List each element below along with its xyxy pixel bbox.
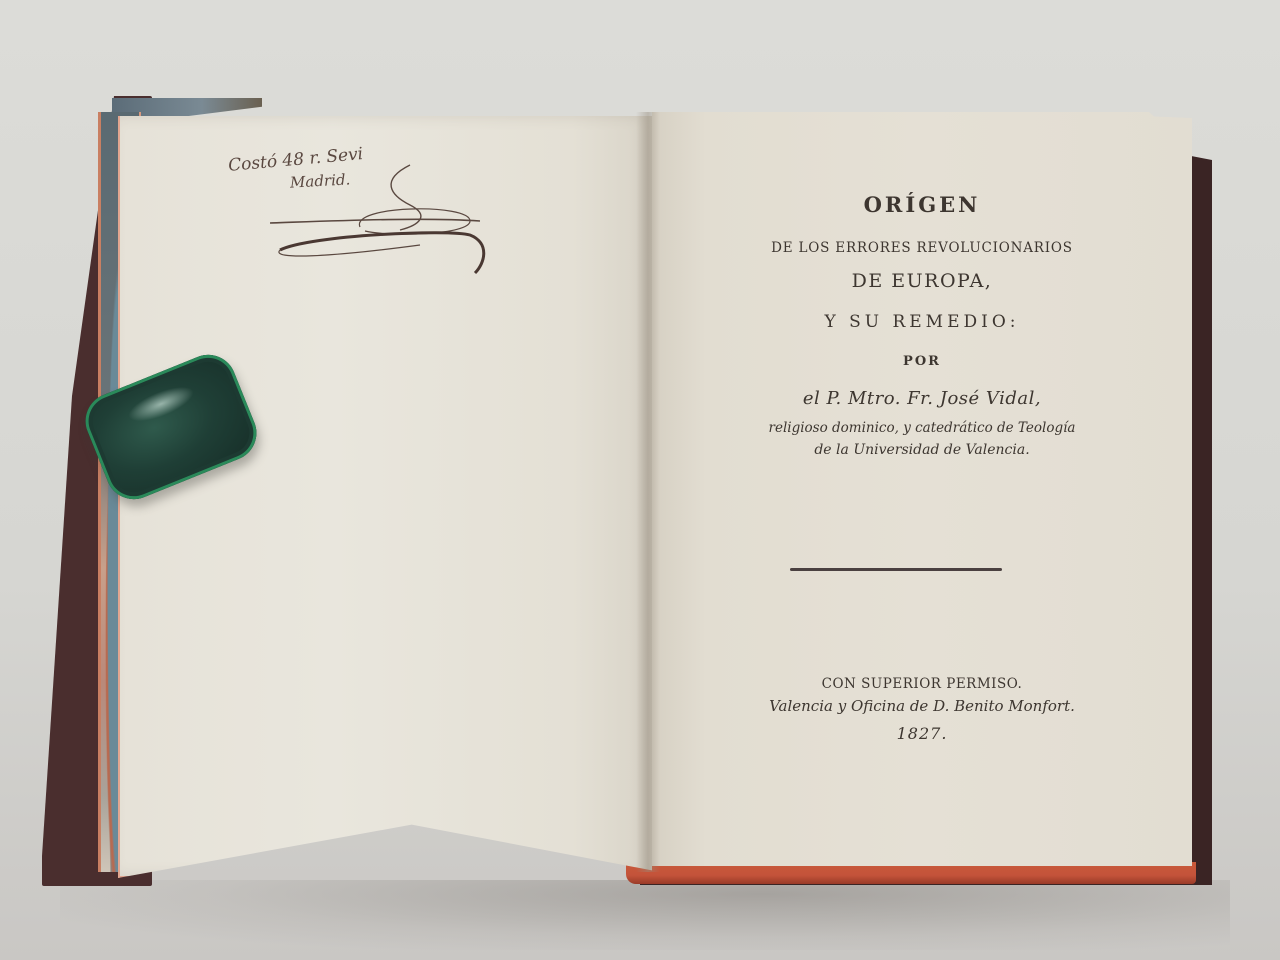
title-page — [652, 112, 1192, 866]
handwritten-inscription-line2: Madrid. — [290, 170, 351, 191]
subtitle-line1: DE LOS ERRORES REVOLUCIONARIOS — [652, 240, 1192, 256]
book-title: ORÍGEN — [652, 192, 1192, 217]
by-line: POR — [652, 354, 1192, 369]
decorative-rule — [790, 568, 1002, 571]
subtitle-line2: DE EUROPA, — [652, 270, 1192, 292]
permission-notice: CON SUPERIOR PERMISO. — [652, 676, 1192, 692]
book-shadow — [60, 880, 1230, 950]
publication-year: 1827. — [652, 724, 1192, 743]
author-name: el P. Mtro. Fr. José Vidal, — [652, 388, 1192, 409]
author-affiliation-line1: religioso dominico, y catedrático de Teo… — [652, 420, 1192, 436]
book-gutter — [636, 112, 660, 872]
subtitle-line3: Y SU REMEDIO: — [652, 312, 1192, 332]
author-affiliation-line2: de la Universidad de Valencia. — [652, 442, 1192, 458]
printer-imprint: Valencia y Oficina de D. Benito Monfort. — [652, 697, 1192, 715]
